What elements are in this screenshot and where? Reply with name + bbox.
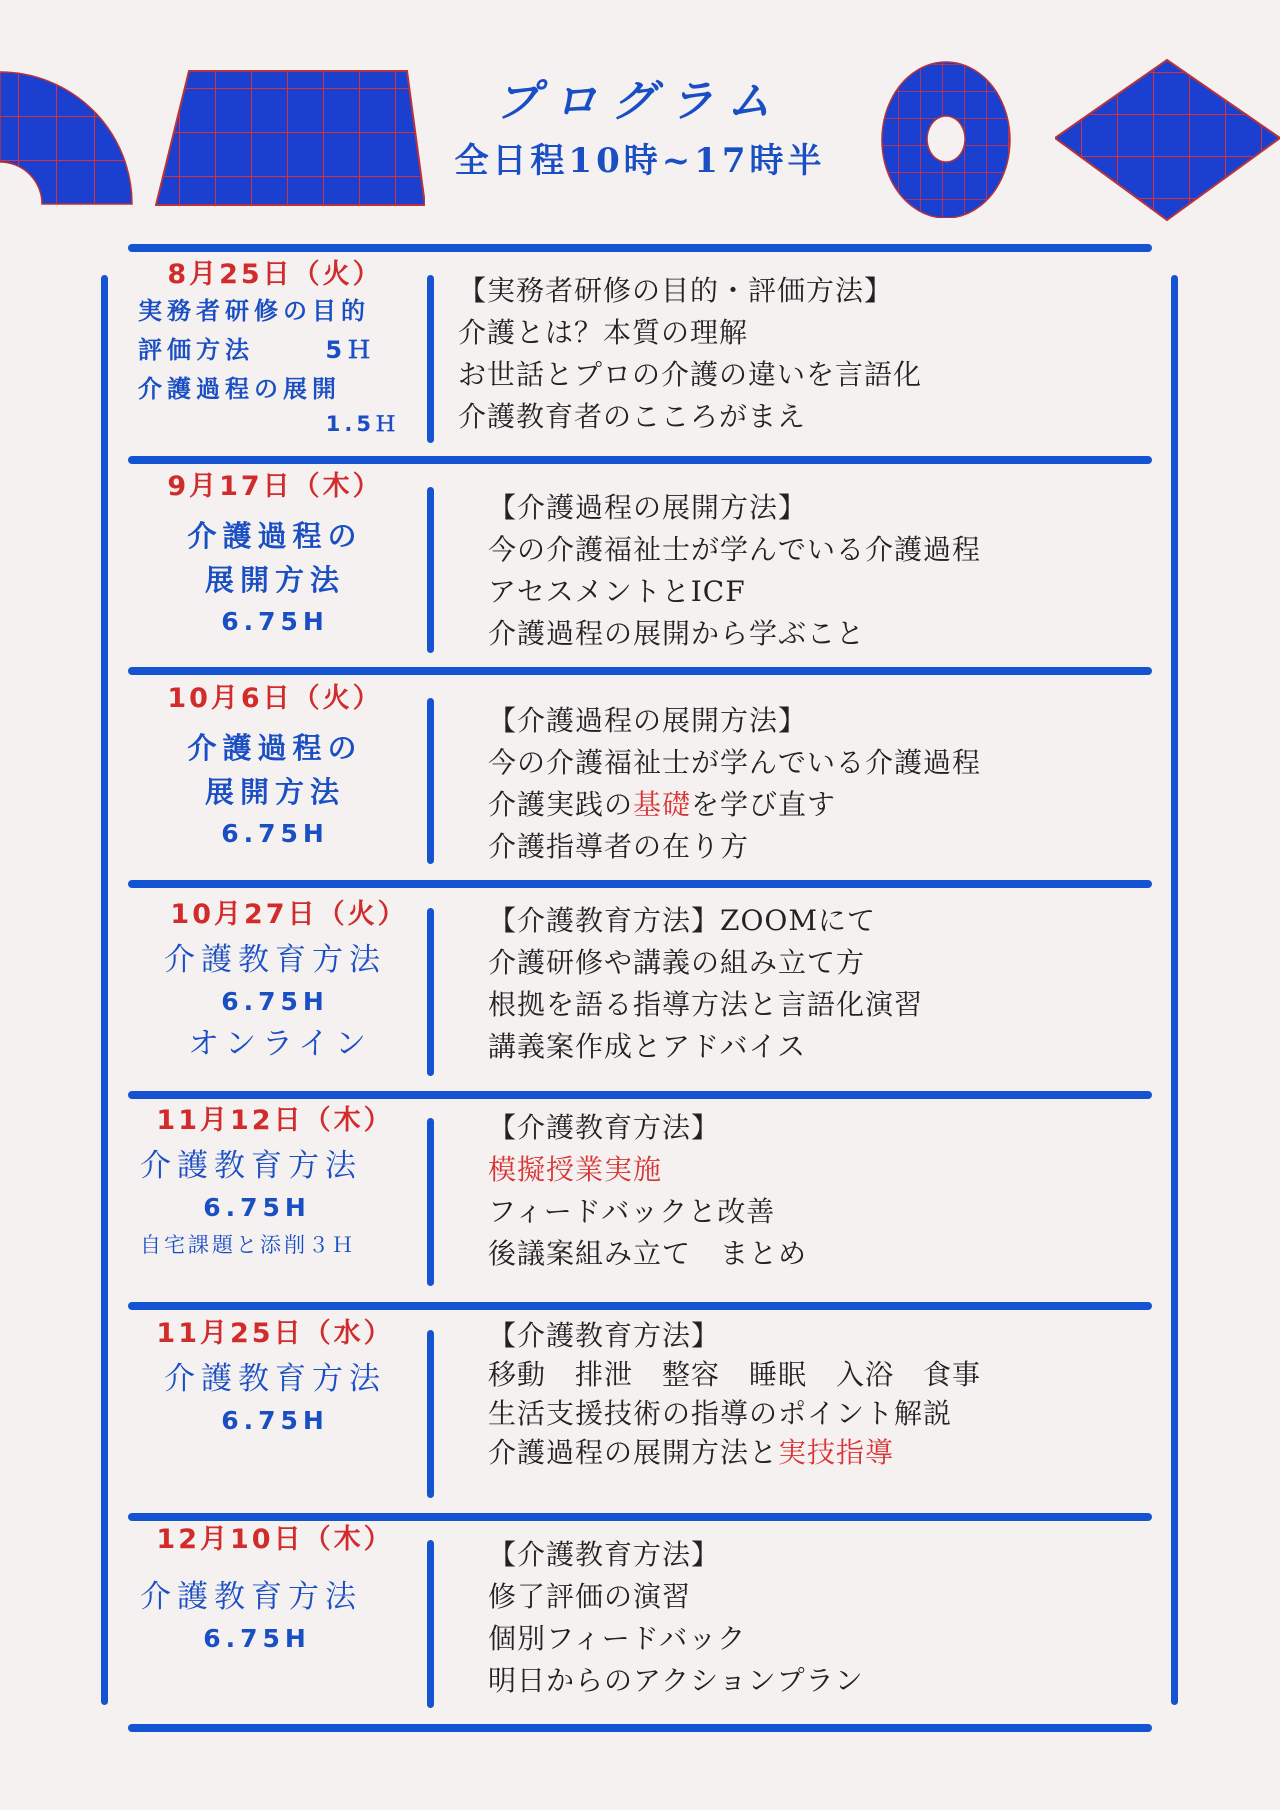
session-mode: オンライン xyxy=(130,1022,420,1066)
session-details: 【介護教育方法】 修了評価の演習 個別フィードバック 明日からのアクションプラン xyxy=(488,1534,1068,1702)
session-date: 11月12日（木） xyxy=(130,1104,420,1138)
session-item: 今の介護福祉士が学んでいる介護過程 xyxy=(488,742,1068,784)
item-text: を学び直す xyxy=(691,788,836,821)
trapezoid-grid-decoration xyxy=(155,68,425,208)
highlighted-text: 基礎 xyxy=(633,788,691,821)
column-divider xyxy=(427,1330,434,1498)
session-item: 根拠を語る指導方法と言語化演習 xyxy=(488,984,1068,1026)
session-summary: 9月17日（木） 介護過程の 展開方法 6.75H xyxy=(130,470,420,642)
session-details: 【介護過程の展開方法】 今の介護福祉士が学んでいる介護過程 介護実践の基礎を学び… xyxy=(488,700,1068,868)
session-details: 【介護教育方法】 移動 排泄 整容 睡眠 入浴 食事 生活支援技術の指導のポイン… xyxy=(488,1316,1068,1472)
session-date: 10月27日（火） xyxy=(130,898,420,932)
session-hours: 1.5Ｈ xyxy=(130,409,420,439)
session-summary: 10月6日（火） 介護過程の 展開方法 6.75H xyxy=(130,682,420,854)
column-divider xyxy=(427,1540,434,1708)
column-divider xyxy=(427,487,434,653)
session-summary: 8月25日（火） 実務者研修の目的 評価方法 5Ｈ 介護過程の展開 1.5Ｈ xyxy=(130,258,420,439)
session-item: フィードバックと改善 xyxy=(488,1191,1068,1233)
column-divider xyxy=(427,698,434,864)
page-title: プログラム xyxy=(420,70,860,134)
session-item: お世話とプロの介護の違いを言語化 xyxy=(458,354,1038,396)
column-divider xyxy=(427,1118,434,1286)
session-item: アセスメントとICF xyxy=(488,571,1068,613)
session-item: 修了評価の演習 xyxy=(488,1576,1068,1618)
session-topic: 実務者研修の目的 xyxy=(130,292,420,331)
session-heading: 【介護教育方法】 xyxy=(488,1107,1068,1149)
session-topic: 展開方法 xyxy=(130,770,420,814)
session-topic: 介護過程の展開 xyxy=(130,370,420,409)
session-item: 後議案組み立て まとめ xyxy=(488,1233,1068,1275)
session-heading: 【介護過程の展開方法】 xyxy=(488,700,1068,742)
session-topic: 介護過程の xyxy=(130,514,420,558)
session-heading: 【介護過程の展開方法】 xyxy=(488,487,1068,529)
session-item: 介護とは？本質の理解 xyxy=(458,312,1038,354)
session-date: 8月25日（火） xyxy=(130,258,420,292)
session-summary: 12月10日（木） 介護教育方法 6.75H xyxy=(130,1523,420,1659)
session-date: 9月17日（木） xyxy=(130,470,420,504)
session-details: 【実務者研修の目的・評価方法】 介護とは？本質の理解 お世話とプロの介護の違いを… xyxy=(458,270,1038,438)
divider xyxy=(128,667,1152,675)
divider xyxy=(128,880,1152,888)
session-topic: 介護教育方法 xyxy=(130,1575,420,1619)
frame-left-border xyxy=(101,275,108,1705)
session-heading: 【介護教育方法】 xyxy=(488,1534,1068,1576)
session-topic: 介護教育方法 xyxy=(130,1357,420,1401)
session-item: 個別フィードバック xyxy=(488,1618,1068,1660)
schedule-hours: 全日程10時~17時半 xyxy=(420,136,860,186)
session-item: 介護過程の展開から学ぶこと xyxy=(488,613,1068,655)
session-item: 移動 排泄 整容 睡眠 入浴 食事 xyxy=(488,1355,1068,1394)
session-date: 11月25日（水） xyxy=(130,1317,420,1351)
session-item: 今の介護福祉士が学んでいる介護過程 xyxy=(488,529,1068,571)
session-item: 模擬授業実施 xyxy=(488,1149,1068,1191)
session-summary: 11月25日（水） 介護教育方法 6.75H xyxy=(130,1317,420,1441)
session-details: 【介護教育方法】ZOOMにて 介護研修や講義の組み立て方 根拠を語る指導方法と言… xyxy=(488,900,1068,1068)
session-summary: 10月27日（火） 介護教育方法 6.75H オンライン xyxy=(130,898,420,1066)
header: プログラム 全日程10時~17時半 xyxy=(420,70,860,186)
session-note: 自宅課題と添削３Ｈ xyxy=(130,1228,420,1262)
session-date: 10月6日（火） xyxy=(130,682,420,716)
session-item: 介護教育者のこころがまえ xyxy=(458,396,1038,438)
session-heading: 【介護教育方法】 xyxy=(488,1316,1068,1355)
session-hours: 6.75H xyxy=(130,814,420,854)
session-item: 介護過程の展開方法と実技指導 xyxy=(488,1433,1068,1472)
session-date: 12月10日（木） xyxy=(130,1523,420,1557)
ring-grid-decoration xyxy=(866,58,1026,218)
session-item: 介護指導者の在り方 xyxy=(488,826,1068,868)
session-topic: 評価方法 5Ｈ xyxy=(130,331,420,370)
session-heading: 【実務者研修の目的・評価方法】 xyxy=(458,270,1038,312)
session-hours: 6.75H xyxy=(130,1619,420,1659)
diamond-grid-decoration xyxy=(1055,58,1280,223)
session-details: 【介護過程の展開方法】 今の介護福祉士が学んでいる介護過程 アセスメントとICF… xyxy=(488,487,1068,655)
divider xyxy=(128,456,1152,464)
session-hours: 6.75H xyxy=(130,1401,420,1441)
session-hours: 6.75H xyxy=(130,1188,420,1228)
divider xyxy=(128,1513,1152,1521)
frame-right-border xyxy=(1171,275,1178,1705)
divider xyxy=(128,244,1152,252)
item-text: 介護実践の xyxy=(488,788,633,821)
session-item: 明日からのアクションプラン xyxy=(488,1660,1068,1702)
session-topic: 展開方法 xyxy=(130,558,420,602)
item-text: 介護過程の展開方法と xyxy=(488,1436,778,1469)
session-item: 介護研修や講義の組み立て方 xyxy=(488,942,1068,984)
session-item: 生活支援技術の指導のポイント解説 xyxy=(488,1394,1068,1433)
session-topic: 介護教育方法 xyxy=(130,938,420,982)
session-item: 介護実践の基礎を学び直す xyxy=(488,784,1068,826)
session-details: 【介護教育方法】 模擬授業実施 フィードバックと改善 後議案組み立て まとめ xyxy=(488,1107,1068,1275)
highlighted-text: 実技指導 xyxy=(778,1436,894,1469)
session-hours: 6.75H xyxy=(130,602,420,642)
divider xyxy=(128,1091,1152,1099)
session-heading: 【介護教育方法】ZOOMにて xyxy=(488,900,1068,942)
session-item: 講義案作成とアドバイス xyxy=(488,1026,1068,1068)
session-topic: 介護教育方法 xyxy=(130,1144,420,1188)
divider xyxy=(128,1302,1152,1310)
column-divider xyxy=(427,275,434,443)
divider xyxy=(128,1724,1152,1732)
column-divider xyxy=(427,908,434,1076)
session-topic: 介護過程の xyxy=(130,726,420,770)
session-hours: 6.75H xyxy=(130,982,420,1022)
quarter-ring-grid-decoration xyxy=(0,70,135,205)
session-summary: 11月12日（木） 介護教育方法 6.75H 自宅課題と添削３Ｈ xyxy=(130,1104,420,1262)
